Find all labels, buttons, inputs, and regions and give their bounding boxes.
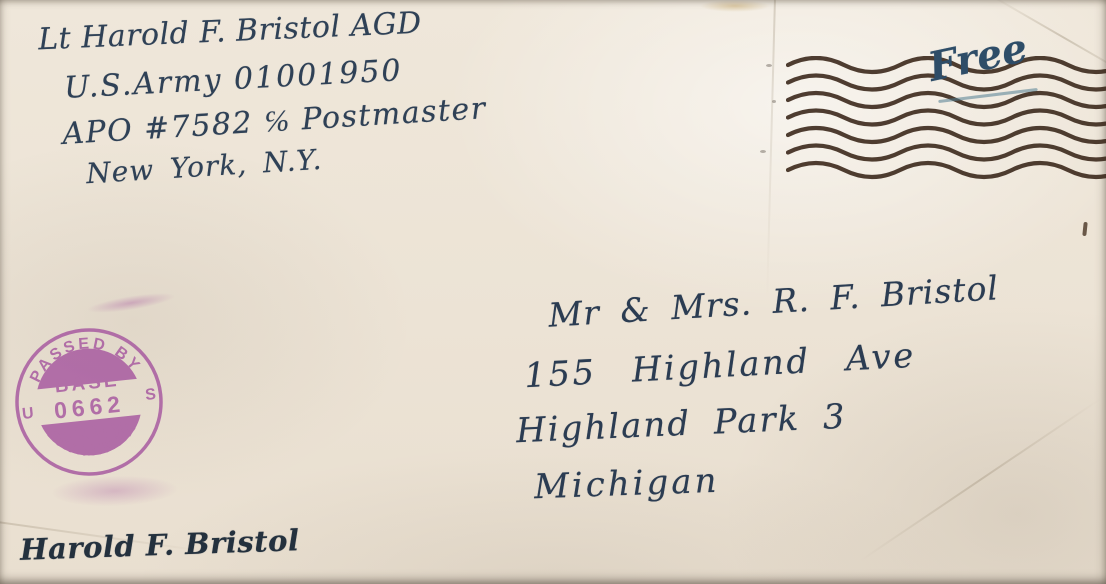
- censor-signature: Harold F. Bristol: [19, 523, 299, 567]
- vertical-crease: [766, 0, 776, 300]
- censor-stamp-left-letter: U: [21, 405, 34, 423]
- censor-stamp: PASSED BY EXAMINER U S BASE 0662 ARMY: [0, 307, 184, 496]
- recipient-address-line-3: Highland Park 3: [515, 397, 847, 451]
- return-address-line-2: U.S.Army 01001950: [63, 53, 403, 106]
- return-address-line-4: New York, N.Y.: [85, 143, 323, 190]
- envelope-scan: Lt Harold F. Bristol AGD U.S.Army 010019…: [0, 0, 1106, 584]
- recipient-address-line-4: Michigan: [533, 461, 720, 507]
- paper-stain: [700, 0, 770, 12]
- bottom-right-crease: [859, 398, 1101, 562]
- ink-mark: [1082, 222, 1087, 236]
- ink-speck: [760, 150, 766, 153]
- ink-speck: [772, 100, 776, 103]
- ink-speck: [766, 64, 772, 67]
- recipient-address-line-2: 155 Highland Ave: [523, 336, 917, 396]
- return-address-line-1: Lt Harold F. Bristol AGD: [37, 6, 422, 58]
- recipient-address-line-1: Mr & Mrs. R. F. Bristol: [547, 268, 1000, 334]
- censor-stamp-right-letter: S: [144, 386, 157, 404]
